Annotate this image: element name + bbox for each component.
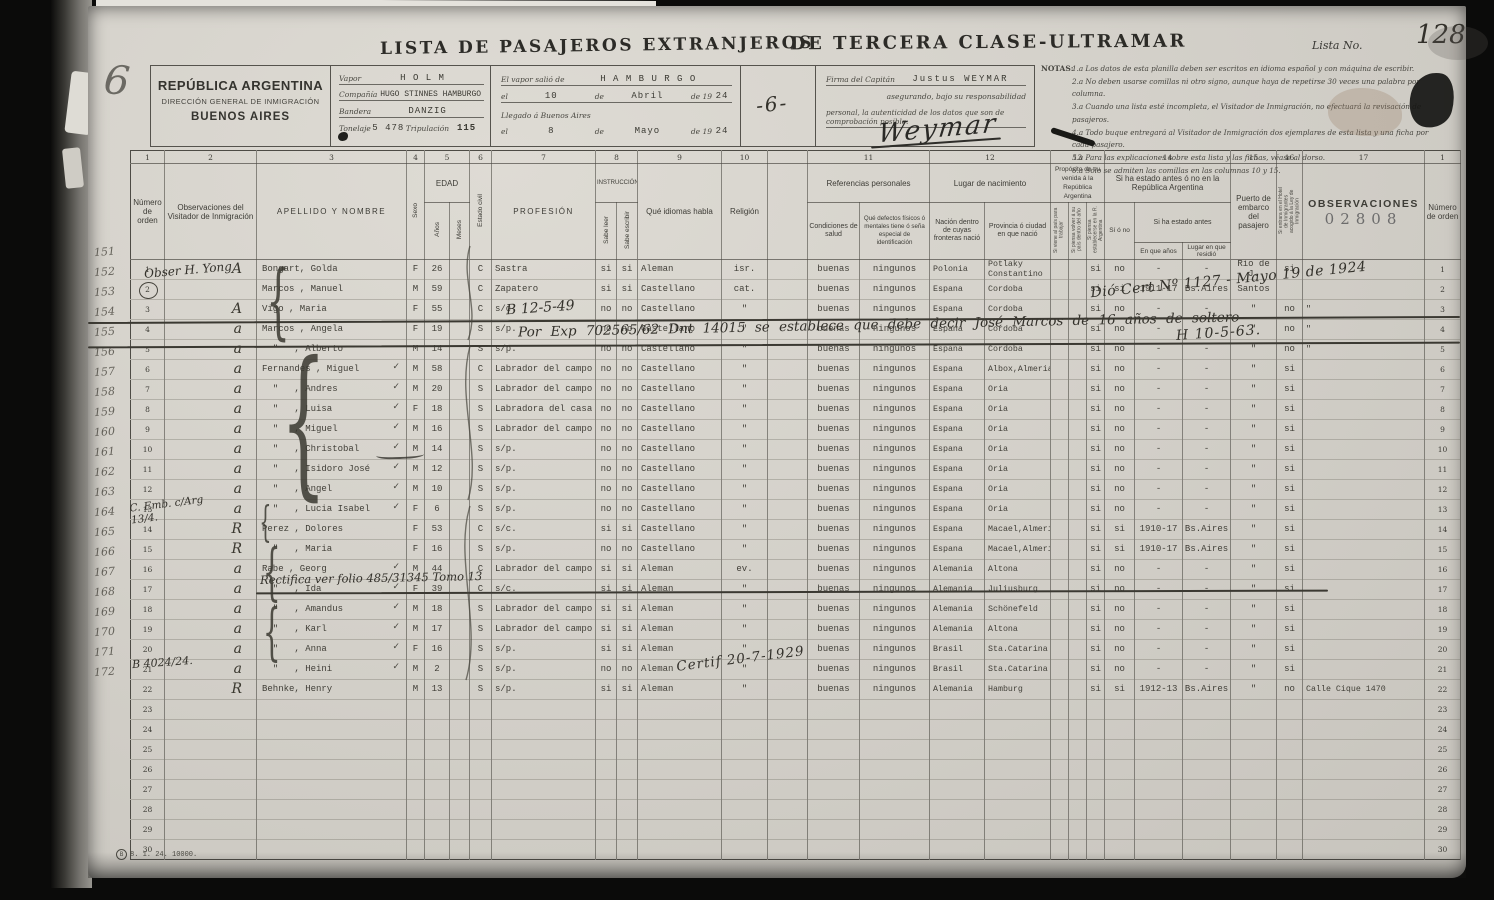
cell-idiomas: Castellano [638, 340, 722, 360]
cell-puerto: " [1231, 540, 1277, 560]
cell-numero-2: 19 [1425, 620, 1461, 640]
cell-gap [768, 440, 808, 460]
cell-apellido-nombre: Perez , Dolores [257, 520, 407, 540]
cell-visitador: a [165, 320, 257, 340]
cell-numero: 29 [131, 820, 165, 840]
cell-en-que-anos: - [1135, 360, 1183, 380]
margin-passenger-number: 160 [94, 424, 127, 439]
cell-empty [768, 800, 808, 820]
cell-apellido-nombre: Behnke, Henry [257, 680, 407, 700]
cell-meses [450, 360, 470, 380]
cell-lugar-residio: - [1183, 580, 1231, 600]
cell-prop-1 [1051, 500, 1069, 520]
cell-defectos: ningunos [860, 640, 930, 660]
cell-si-o-no: no [1105, 300, 1135, 320]
table-row-empty: 2929 [131, 820, 1461, 840]
salida-ano: 24 [712, 91, 732, 101]
hdr-defectos: Qué defectos físicos ó mentales tiene ó … [860, 203, 930, 260]
cell-empty [1183, 720, 1231, 740]
cell-defectos: ningunos [860, 440, 930, 460]
cell-empty [1277, 760, 1303, 780]
cell-si-o-no: no [1105, 560, 1135, 580]
cell-empty [1051, 720, 1069, 740]
cell-profesion: Sastra [492, 260, 596, 280]
check-mark: ✓ [392, 483, 400, 493]
cell-empty [930, 800, 985, 820]
cell-prop-1 [1051, 280, 1069, 300]
cell-anos: 2 [425, 660, 450, 680]
cell-observaciones: " [1303, 300, 1425, 320]
cell-prop-2 [1069, 580, 1087, 600]
cell-empty [1135, 700, 1183, 720]
cell-empty [1231, 820, 1277, 840]
colnum-blank [768, 151, 808, 164]
cell-empty [1231, 720, 1277, 740]
cell-sexo: F [407, 540, 425, 560]
cell-empty [1069, 840, 1087, 860]
cell-numero: 17 [131, 580, 165, 600]
cell-apellido-nombre: " , Miguel✓ [257, 420, 407, 440]
stain [1328, 88, 1402, 136]
cell-empty [407, 760, 425, 780]
cell-prop-3: si [1087, 640, 1105, 660]
table-row-empty: 3030 [131, 840, 1461, 860]
cell-lugar-residio: - [1183, 360, 1231, 380]
cell-anos: 12 [425, 460, 450, 480]
cell-empty [1183, 760, 1231, 780]
cell-estado-civil: S [470, 500, 492, 520]
cell-nacion: Espana [930, 460, 985, 480]
cell-numero: 22 [131, 680, 165, 700]
cell-empty [165, 800, 257, 820]
cell-salud: buenas [808, 400, 860, 420]
org-department: DIRECCIÓN GENERAL DE INMIGRACIÓN [151, 97, 330, 106]
cell-apellido-nombre: Marcos , Angela [257, 320, 407, 340]
cell-idiomas: Castellano [638, 420, 722, 440]
cell-meses [450, 660, 470, 680]
cell-defectos: ningunos [860, 620, 930, 640]
cell-prop-3: si [1087, 680, 1105, 700]
cell-numero: 4 [131, 320, 165, 340]
cell-prop-2 [1069, 480, 1087, 500]
cell-meses [450, 320, 470, 340]
bandera-label: Bandera [339, 107, 371, 116]
cell-empty [1277, 720, 1303, 740]
cell-empty [860, 780, 930, 800]
cell-sabe-escribir: si [617, 680, 638, 700]
cell-prop-1 [1051, 580, 1069, 600]
cell-anos: 16 [425, 420, 450, 440]
cell-empty [1135, 720, 1183, 740]
cell-en-que-anos: 1911-17 [1135, 280, 1183, 300]
cell-visitador: a [165, 420, 257, 440]
org-box: REPÚBLICA ARGENTINA DIRECCIÓN GENERAL DE… [150, 66, 330, 146]
cell-empty [930, 840, 985, 860]
captain-name: Justus WEYMAR [895, 74, 1026, 84]
cell-empty [722, 720, 768, 740]
cell-provincia: Oria [985, 480, 1051, 500]
cell-meses [450, 560, 470, 580]
el-label: el [501, 92, 508, 101]
cell-gap [768, 340, 808, 360]
cell-gap [768, 660, 808, 680]
cell-prop-2 [1069, 280, 1087, 300]
cell-numero-2: 10 [1425, 440, 1461, 460]
cell-observaciones: " [1303, 340, 1425, 360]
cell-provincia: Schönefeld [985, 600, 1051, 620]
cell-idiomas: Castellano [638, 540, 722, 560]
cell-prop-1 [1051, 420, 1069, 440]
cell-provincia: Cordoba [985, 300, 1051, 320]
cell-numero: 11 [131, 460, 165, 480]
cell-sexo: M [407, 440, 425, 460]
cell-meses [450, 600, 470, 620]
cell-en-que-anos: - [1135, 500, 1183, 520]
cell-defectos: ningunos [860, 500, 930, 520]
cell-nacion: Espana [930, 420, 985, 440]
cell-religion: " [722, 620, 768, 640]
cell-empty [1051, 700, 1069, 720]
cell-visitador: a [165, 360, 257, 380]
cell-puerto: " [1231, 360, 1277, 380]
check-mark: ✓ [392, 383, 400, 393]
cell-gap [768, 480, 808, 500]
lista-no-label: Lista No. [1312, 39, 1363, 52]
cell-empty [1303, 700, 1425, 720]
cell-visitador: a [165, 440, 257, 460]
print-code-value: 8. 1. 24. 10000. [130, 851, 197, 859]
cell-prop-2 [1069, 520, 1087, 540]
cell-empty [638, 800, 722, 820]
cell-observaciones [1303, 260, 1425, 280]
cell-sabe-escribir: no [617, 400, 638, 420]
hdr-puerto: Puerto de embarco del pasajero [1231, 164, 1277, 260]
table-row: 12 a " , Angel✓ M 10 S s/p. no no Castel… [131, 480, 1461, 500]
cell-empty [165, 740, 257, 760]
cell-hotel [1277, 280, 1303, 300]
cell-empty [257, 720, 407, 740]
cell-lugar-residio: - [1183, 640, 1231, 660]
cell-empty [1087, 760, 1105, 780]
cell-anos: 20 [425, 380, 450, 400]
cell-nacion: Espana [930, 480, 985, 500]
hdr-ha-estado: Si ha estado antes [1135, 203, 1231, 243]
cell-empty [1105, 820, 1135, 840]
cell-visitador: a [165, 580, 257, 600]
cell-empty [860, 700, 930, 720]
cell-hotel: no [1277, 340, 1303, 360]
cell-empty [1069, 760, 1087, 780]
cell-numero: 10 [131, 440, 165, 460]
cell-empty [407, 780, 425, 800]
cell-visitador: a [165, 480, 257, 500]
vapor-label: Vapor [339, 74, 361, 83]
cell-defectos: ningunos [860, 420, 930, 440]
cell-empty [407, 820, 425, 840]
cell-numero-2: 9 [1425, 420, 1461, 440]
cell-empty [1051, 800, 1069, 820]
cell-prop-2 [1069, 640, 1087, 660]
cell-nacion: Espana [930, 500, 985, 520]
cell-provincia: Oria [985, 420, 1051, 440]
cell-gap [768, 560, 808, 580]
table-row: 22 R Behnke, Henry M 13 S s/p. si si Ale… [131, 680, 1461, 700]
cell-apellido-nombre: " , Christobal✓ [257, 440, 407, 460]
cell-observaciones [1303, 280, 1425, 300]
cell-salud: buenas [808, 320, 860, 340]
cell-lugar-residio: - [1183, 380, 1231, 400]
cell-si-o-no: no [1105, 440, 1135, 460]
cell-numero: 13 [131, 500, 165, 520]
cell-gap [768, 420, 808, 440]
cell-defectos: ningunos [860, 480, 930, 500]
cell-gap [768, 260, 808, 280]
check-mark: ✓ [392, 423, 400, 433]
stamp-number: 02808 [1304, 215, 1423, 224]
cell-nacion: Espana [930, 540, 985, 560]
cell-observaciones: Calle Cique 1470 [1303, 680, 1425, 700]
cell-puerto: " [1231, 300, 1277, 320]
hdr-salud: Condiciones de salud [808, 203, 860, 260]
page-title-left: LISTA DE PASAJEROS EXTRANJEROS [380, 33, 814, 59]
cell-prop-2 [1069, 260, 1087, 280]
cell-empty [492, 820, 596, 840]
cell-empty [617, 700, 638, 720]
cell-hotel: si [1277, 460, 1303, 480]
cell-prop-3: si [1087, 540, 1105, 560]
print-code: B8. 1. 24. 10000. [116, 849, 197, 860]
llegada-dia: 8 [508, 126, 595, 136]
cell-religion: " [722, 400, 768, 420]
cell-sabe-escribir: no [617, 380, 638, 400]
cell-apellido-nombre: Rabe , Georg✓ [257, 560, 407, 580]
cell-salud: buenas [808, 460, 860, 480]
hdr-anos: Años [425, 203, 450, 260]
cell-provincia: Oria [985, 460, 1051, 480]
cell-empty [470, 740, 492, 760]
cell-sabe-escribir: si [617, 520, 638, 540]
margin-passenger-number: 165 [94, 524, 127, 539]
cell-gap [768, 300, 808, 320]
cell-empty [617, 760, 638, 780]
cell-lugar-residio: - [1183, 300, 1231, 320]
cell-puerto: " [1231, 440, 1277, 460]
cell-empty [808, 780, 860, 800]
table-row: 1 A Bongart, Golda F 26 C Sastra si si A… [131, 260, 1461, 280]
cell-empty [1277, 840, 1303, 860]
cell-prop-3: si [1087, 460, 1105, 480]
cell-religion: " [722, 440, 768, 460]
cell-provincia: Oria [985, 440, 1051, 460]
cell-en-que-anos: 1910-17 [1135, 520, 1183, 540]
cell-provincia: Cordoba [985, 280, 1051, 300]
cell-prop-1 [1051, 680, 1069, 700]
cell-empty [1069, 780, 1087, 800]
cell-empty [722, 840, 768, 860]
cell-profesion: s/p. [492, 660, 596, 680]
cell-empty [596, 700, 617, 720]
cell-hotel: si [1277, 500, 1303, 520]
colnum: 13 [1051, 151, 1105, 164]
cell-si-o-no: no [1105, 460, 1135, 480]
cell-sabe-escribir: si [617, 280, 638, 300]
cell-puerto: " [1231, 560, 1277, 580]
captain-box: Firma del CapitánJustus WEYMAR asegurand… [815, 66, 1035, 146]
cell-empty [1183, 840, 1231, 860]
cell-prop-3: si [1087, 520, 1105, 540]
cell-empty [1231, 840, 1277, 860]
cell-empty [985, 700, 1051, 720]
hdr-nacimiento: Lugar de nacimiento [930, 164, 1051, 203]
cell-anos: 17 [425, 620, 450, 640]
cell-numero-2: 1 [1425, 260, 1461, 280]
cell-observaciones [1303, 580, 1425, 600]
cell-numero: 9 [131, 420, 165, 440]
cell-prop-1 [1051, 320, 1069, 340]
cell-idiomas: Aleman [638, 560, 722, 580]
table-row: 5 a " , Alberto M 14 S s/p. no no Castel… [131, 340, 1461, 360]
cell-empty [808, 820, 860, 840]
cell-profesion: s/p. [492, 500, 596, 520]
cell-anos: 16 [425, 640, 450, 660]
cell-empty [638, 740, 722, 760]
cell-profesion: s/c. [492, 520, 596, 540]
cell-puerto: " [1231, 320, 1277, 340]
cell-hotel: no [1277, 300, 1303, 320]
cell-en-que-anos: - [1135, 480, 1183, 500]
cell-profesion: s/p. [492, 340, 596, 360]
cell-sabe-escribir: si [617, 580, 638, 600]
cell-gap [768, 500, 808, 520]
cell-lugar-residio: Bs.Aires [1183, 520, 1231, 540]
cell-numero-2: 5 [1425, 340, 1461, 360]
cell-profesion: s/p. [492, 460, 596, 480]
cell-apellido-nombre: " , Andres✓ [257, 380, 407, 400]
cell-idiomas: Aleman [638, 620, 722, 640]
cell-numero: 28 [131, 800, 165, 820]
passenger-rows: 1 A Bongart, Golda F 26 C Sastra si si A… [131, 260, 1461, 860]
hdr-numero-2: Número de orden [1425, 164, 1461, 260]
cell-nacion: Polonia [930, 260, 985, 280]
margin-passenger-number: 166 [94, 544, 127, 559]
hdr-prop-sub1: Si viene al país para trabajar [1051, 203, 1069, 260]
cell-sexo: F [407, 400, 425, 420]
cell-empty [1231, 740, 1277, 760]
cell-sexo: M [407, 560, 425, 580]
cell-prop-2 [1069, 460, 1087, 480]
cell-en-que-anos: 1912-13 [1135, 680, 1183, 700]
cell-si-o-no: si [1105, 280, 1135, 300]
cell-salud: buenas [808, 360, 860, 380]
cell-sabe-escribir: no [617, 340, 638, 360]
cell-apellido-nombre: Bongart, Golda [257, 260, 407, 280]
cell-en-que-anos: - [1135, 460, 1183, 480]
cell-defectos: ningunos [860, 540, 930, 560]
cell-lugar-residio: - [1183, 320, 1231, 340]
table-row: 16 a Rabe , Georg✓ M 44 C Labrador del c… [131, 560, 1461, 580]
cell-en-que-anos: - [1135, 400, 1183, 420]
salida-dia: 10 [508, 91, 595, 101]
cell-empty [1183, 800, 1231, 820]
cell-religion: " [722, 600, 768, 620]
cell-estado-civil: C [470, 300, 492, 320]
cell-hotel: si [1277, 640, 1303, 660]
cell-gap [768, 540, 808, 560]
cell-lugar-residio: - [1183, 600, 1231, 620]
cell-empty [1051, 760, 1069, 780]
cell-observaciones [1303, 620, 1425, 640]
cell-empty [617, 720, 638, 740]
cell-anos: 18 [425, 400, 450, 420]
cell-hotel: si [1277, 400, 1303, 420]
cell-salud: buenas [808, 340, 860, 360]
margin-page-number: 6 [102, 57, 132, 105]
cell-provincia: Potlaky Constantino [985, 260, 1051, 280]
cell-visitador: R [165, 520, 257, 540]
cell-defectos: ningunos [860, 460, 930, 480]
cell-sexo: F [407, 580, 425, 600]
cell-empty [407, 700, 425, 720]
cell-profesion: Labrador del campo [492, 560, 596, 580]
colnum: 16 [1277, 151, 1303, 164]
cell-religion: " [722, 300, 768, 320]
cell-empty [1051, 780, 1069, 800]
cell-empty [1303, 780, 1425, 800]
cell-hotel: si [1277, 620, 1303, 640]
cell-sabe-escribir: no [617, 540, 638, 560]
cell-numero-2: 7 [1425, 380, 1461, 400]
cell-empty [860, 840, 930, 860]
cell-lugar-residio: Bs.Aires [1183, 540, 1231, 560]
hdr-meses: Meses [450, 203, 470, 260]
margin-passenger-number: 161 [94, 444, 127, 459]
cell-empty [1303, 720, 1425, 740]
cell-empty [930, 780, 985, 800]
cell-sabe-leer: si [596, 620, 617, 640]
cell-gap [768, 640, 808, 660]
cell-empty [165, 780, 257, 800]
cell-salud: buenas [808, 500, 860, 520]
cell-empty [1277, 820, 1303, 840]
cell-estado-civil: S [470, 340, 492, 360]
table-row: 9 a " , Miguel✓ M 16 S Labrador del camp… [131, 420, 1461, 440]
cell-religion: " [722, 680, 768, 700]
cell-defectos: ningunos [860, 580, 930, 600]
cell-lugar-residio: - [1183, 500, 1231, 520]
cell-empty [450, 840, 470, 860]
cell-idiomas: Castellano [638, 480, 722, 500]
cell-apellido-nombre: Fernandes , Miguel✓ [257, 360, 407, 380]
hdr-prop-sub2: Si piensa volver á su país dentro del añ… [1069, 203, 1087, 260]
cell-sexo: F [407, 500, 425, 520]
table-row: 17 a " , Ida✓ F 39 C s/c. si si Aleman "… [131, 580, 1461, 600]
cell-lugar-residio: - [1183, 620, 1231, 640]
cell-profesion: Labrador del campo [492, 600, 596, 620]
cell-religion: ev. [722, 560, 768, 580]
cell-sexo: M [407, 420, 425, 440]
colnum: 1 [131, 151, 165, 164]
cell-sexo: F [407, 520, 425, 540]
cell-empty [425, 800, 450, 820]
cell-empty [1303, 840, 1425, 860]
cell-empty [638, 840, 722, 860]
cell-sabe-escribir: si [617, 600, 638, 620]
cell-empty [492, 840, 596, 860]
cell-empty [1277, 740, 1303, 760]
tripulacion-label: Tripulación [406, 124, 449, 133]
cell-observaciones [1303, 460, 1425, 480]
hdr-nacion: Nación dentro de cuyas fronteras nació [930, 203, 985, 260]
